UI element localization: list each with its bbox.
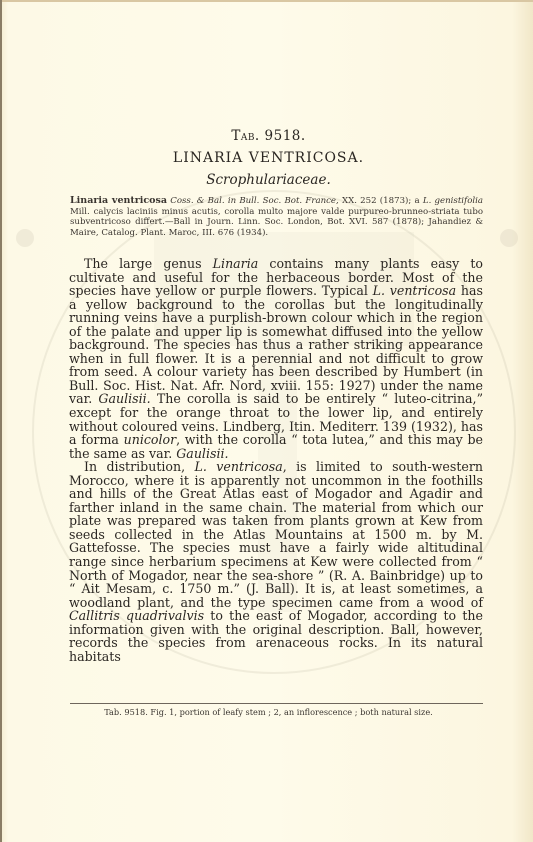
text-segment: has a yellow background to the corollas … xyxy=(69,283,483,406)
body-text: The large genus Linaria contains many pl… xyxy=(69,257,483,663)
synonymy-citation: Linaria ventricosa Coss. & Bal. in Bull.… xyxy=(70,196,483,238)
caption-divider xyxy=(70,703,483,704)
document-page: Tab. 9518. LINARIA VENTRICOSA. Scrophula… xyxy=(0,0,533,842)
synonymy-compared-species: L. genistifolia xyxy=(423,196,483,206)
watermark-dot-right xyxy=(500,229,518,247)
page-top-edge xyxy=(2,0,533,2)
synonymy-authority: Coss. & Bal. in Bull. Soc. Bot. France, xyxy=(170,196,338,206)
text-segment: , is limited to south-western Morocco, w… xyxy=(69,459,483,609)
synonymy-ref: XX. 252 (1873); a xyxy=(339,196,423,206)
paragraph-1: The large genus Linaria contains many pl… xyxy=(69,257,483,460)
species-title: LINARIA VENTRICOSA. xyxy=(2,150,533,166)
figure-caption: Tab. 9518. Fig. 1, portion of leafy stem… xyxy=(2,707,533,717)
family-name: Scrophulariaceae. xyxy=(2,172,533,188)
paragraph-2: In distribution, L. ventricosa, is limit… xyxy=(69,460,483,663)
synonymy-species-name: Linaria ventricosa xyxy=(70,195,167,206)
plate-number: Tab. 9518. xyxy=(2,128,533,144)
watermark-dot-left xyxy=(16,229,34,247)
synonymy-diagnosis: Mill. calycis laciniis minus acutis, cor… xyxy=(70,207,483,238)
